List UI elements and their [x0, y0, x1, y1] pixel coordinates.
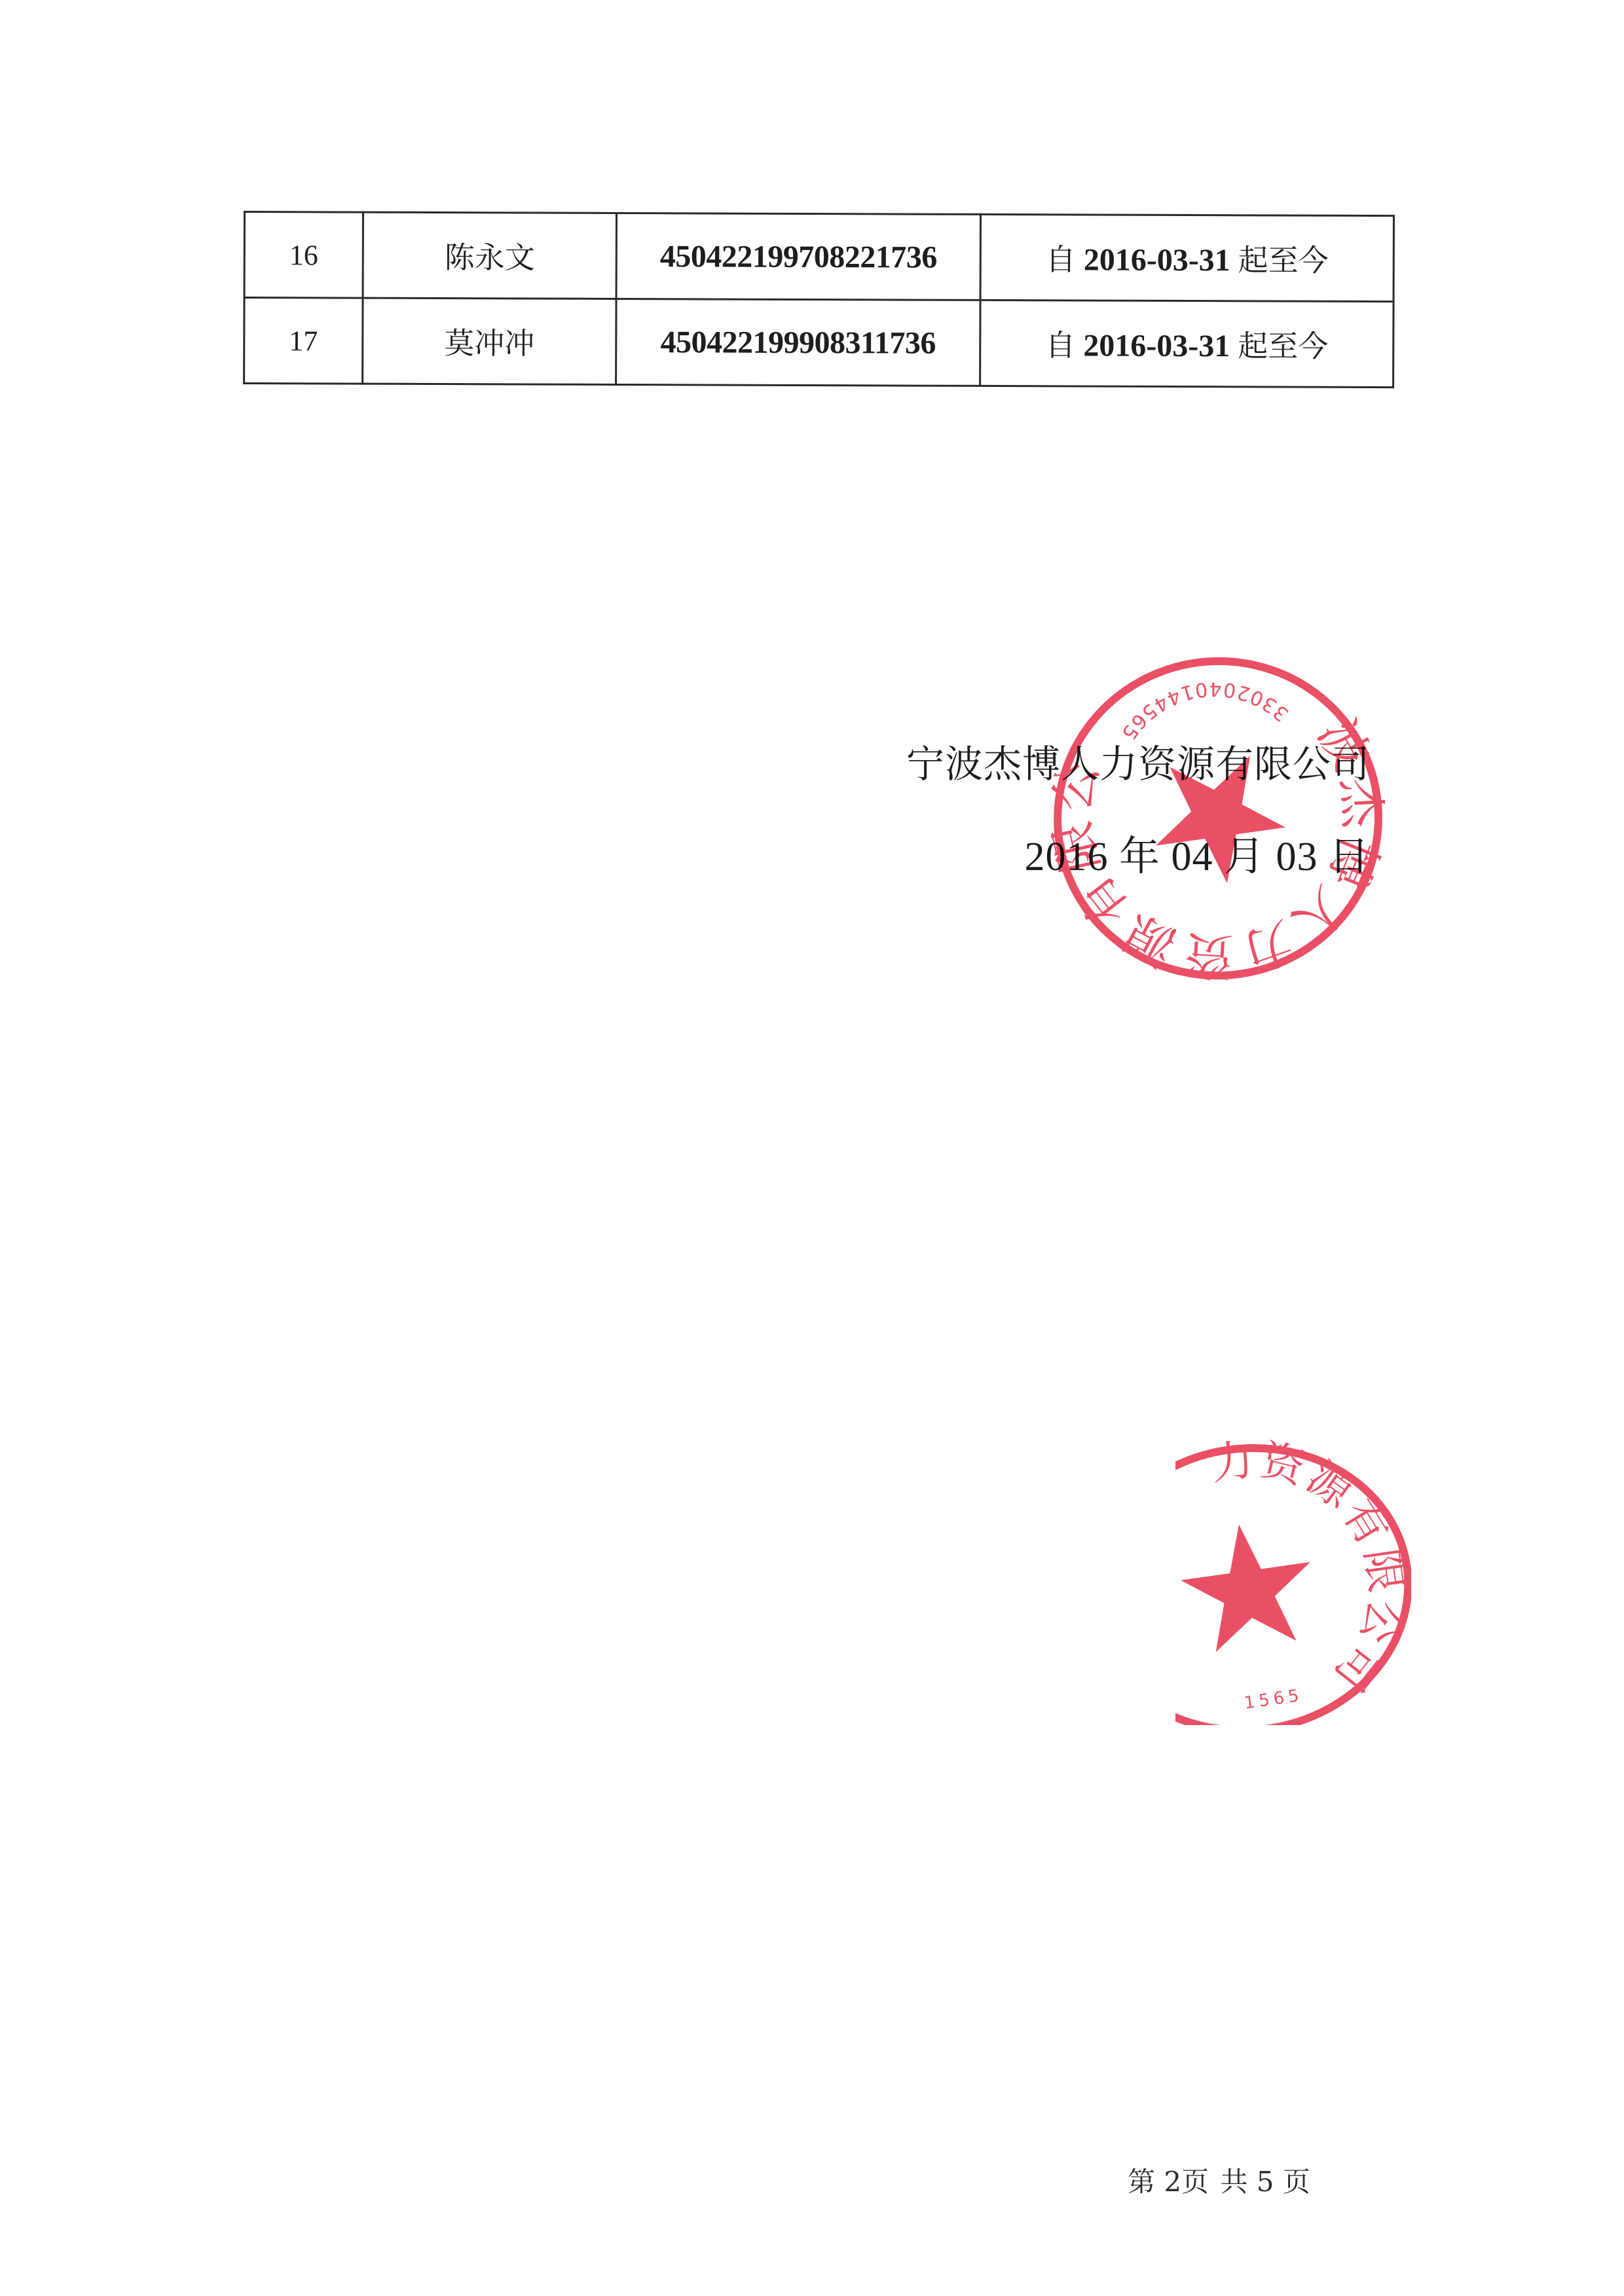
cross-page-seal-icon: 力资源有限公司 1565	[1175, 1437, 1411, 1725]
total-pages: 共 5 页	[1220, 2166, 1310, 2198]
employment-period: 自 2016-03-31 起至今	[980, 214, 1393, 301]
period-date: 2016-03-31	[1083, 328, 1230, 363]
page-number: 第 2页	[1128, 2166, 1209, 2198]
row-number: 17	[244, 298, 363, 384]
period-prefix: 自	[1045, 327, 1075, 363]
id-number: 450422199708221736	[616, 213, 980, 300]
id-number: 450422199908311736	[616, 299, 980, 386]
period-suffix: 起至今	[1238, 242, 1329, 278]
partial-seal-number: 1565	[1243, 1686, 1304, 1713]
company-seal-icon: 宁波杰博人力资源有限公司 3302040144565	[1051, 655, 1385, 982]
svg-text:3302040144565: 3302040144565	[1109, 666, 1295, 748]
table-row: 17 莫冲冲 450422199908311736 自 2016-03-31 起…	[244, 298, 1393, 388]
period-prefix: 自	[1046, 242, 1076, 277]
employee-table: 16 陈永文 450422199708221736 自 2016-03-31 起…	[243, 211, 1395, 388]
table-row: 16 陈永文 450422199708221736 自 2016-03-31 起…	[244, 212, 1393, 302]
employee-name: 莫冲冲	[363, 298, 616, 384]
period-date: 2016-03-31	[1084, 242, 1230, 278]
employment-period: 自 2016-03-31 起至今	[980, 300, 1393, 387]
seal-number: 3302040144565	[1109, 666, 1295, 748]
period-suffix: 起至今	[1238, 328, 1328, 363]
page-footer: 第 2页 共 5 页	[1128, 2160, 1313, 2200]
row-number: 16	[244, 212, 363, 299]
employee-name: 陈永文	[363, 212, 616, 299]
cross-page-seal: 力资源有限公司 1565	[1175, 1437, 1411, 1725]
